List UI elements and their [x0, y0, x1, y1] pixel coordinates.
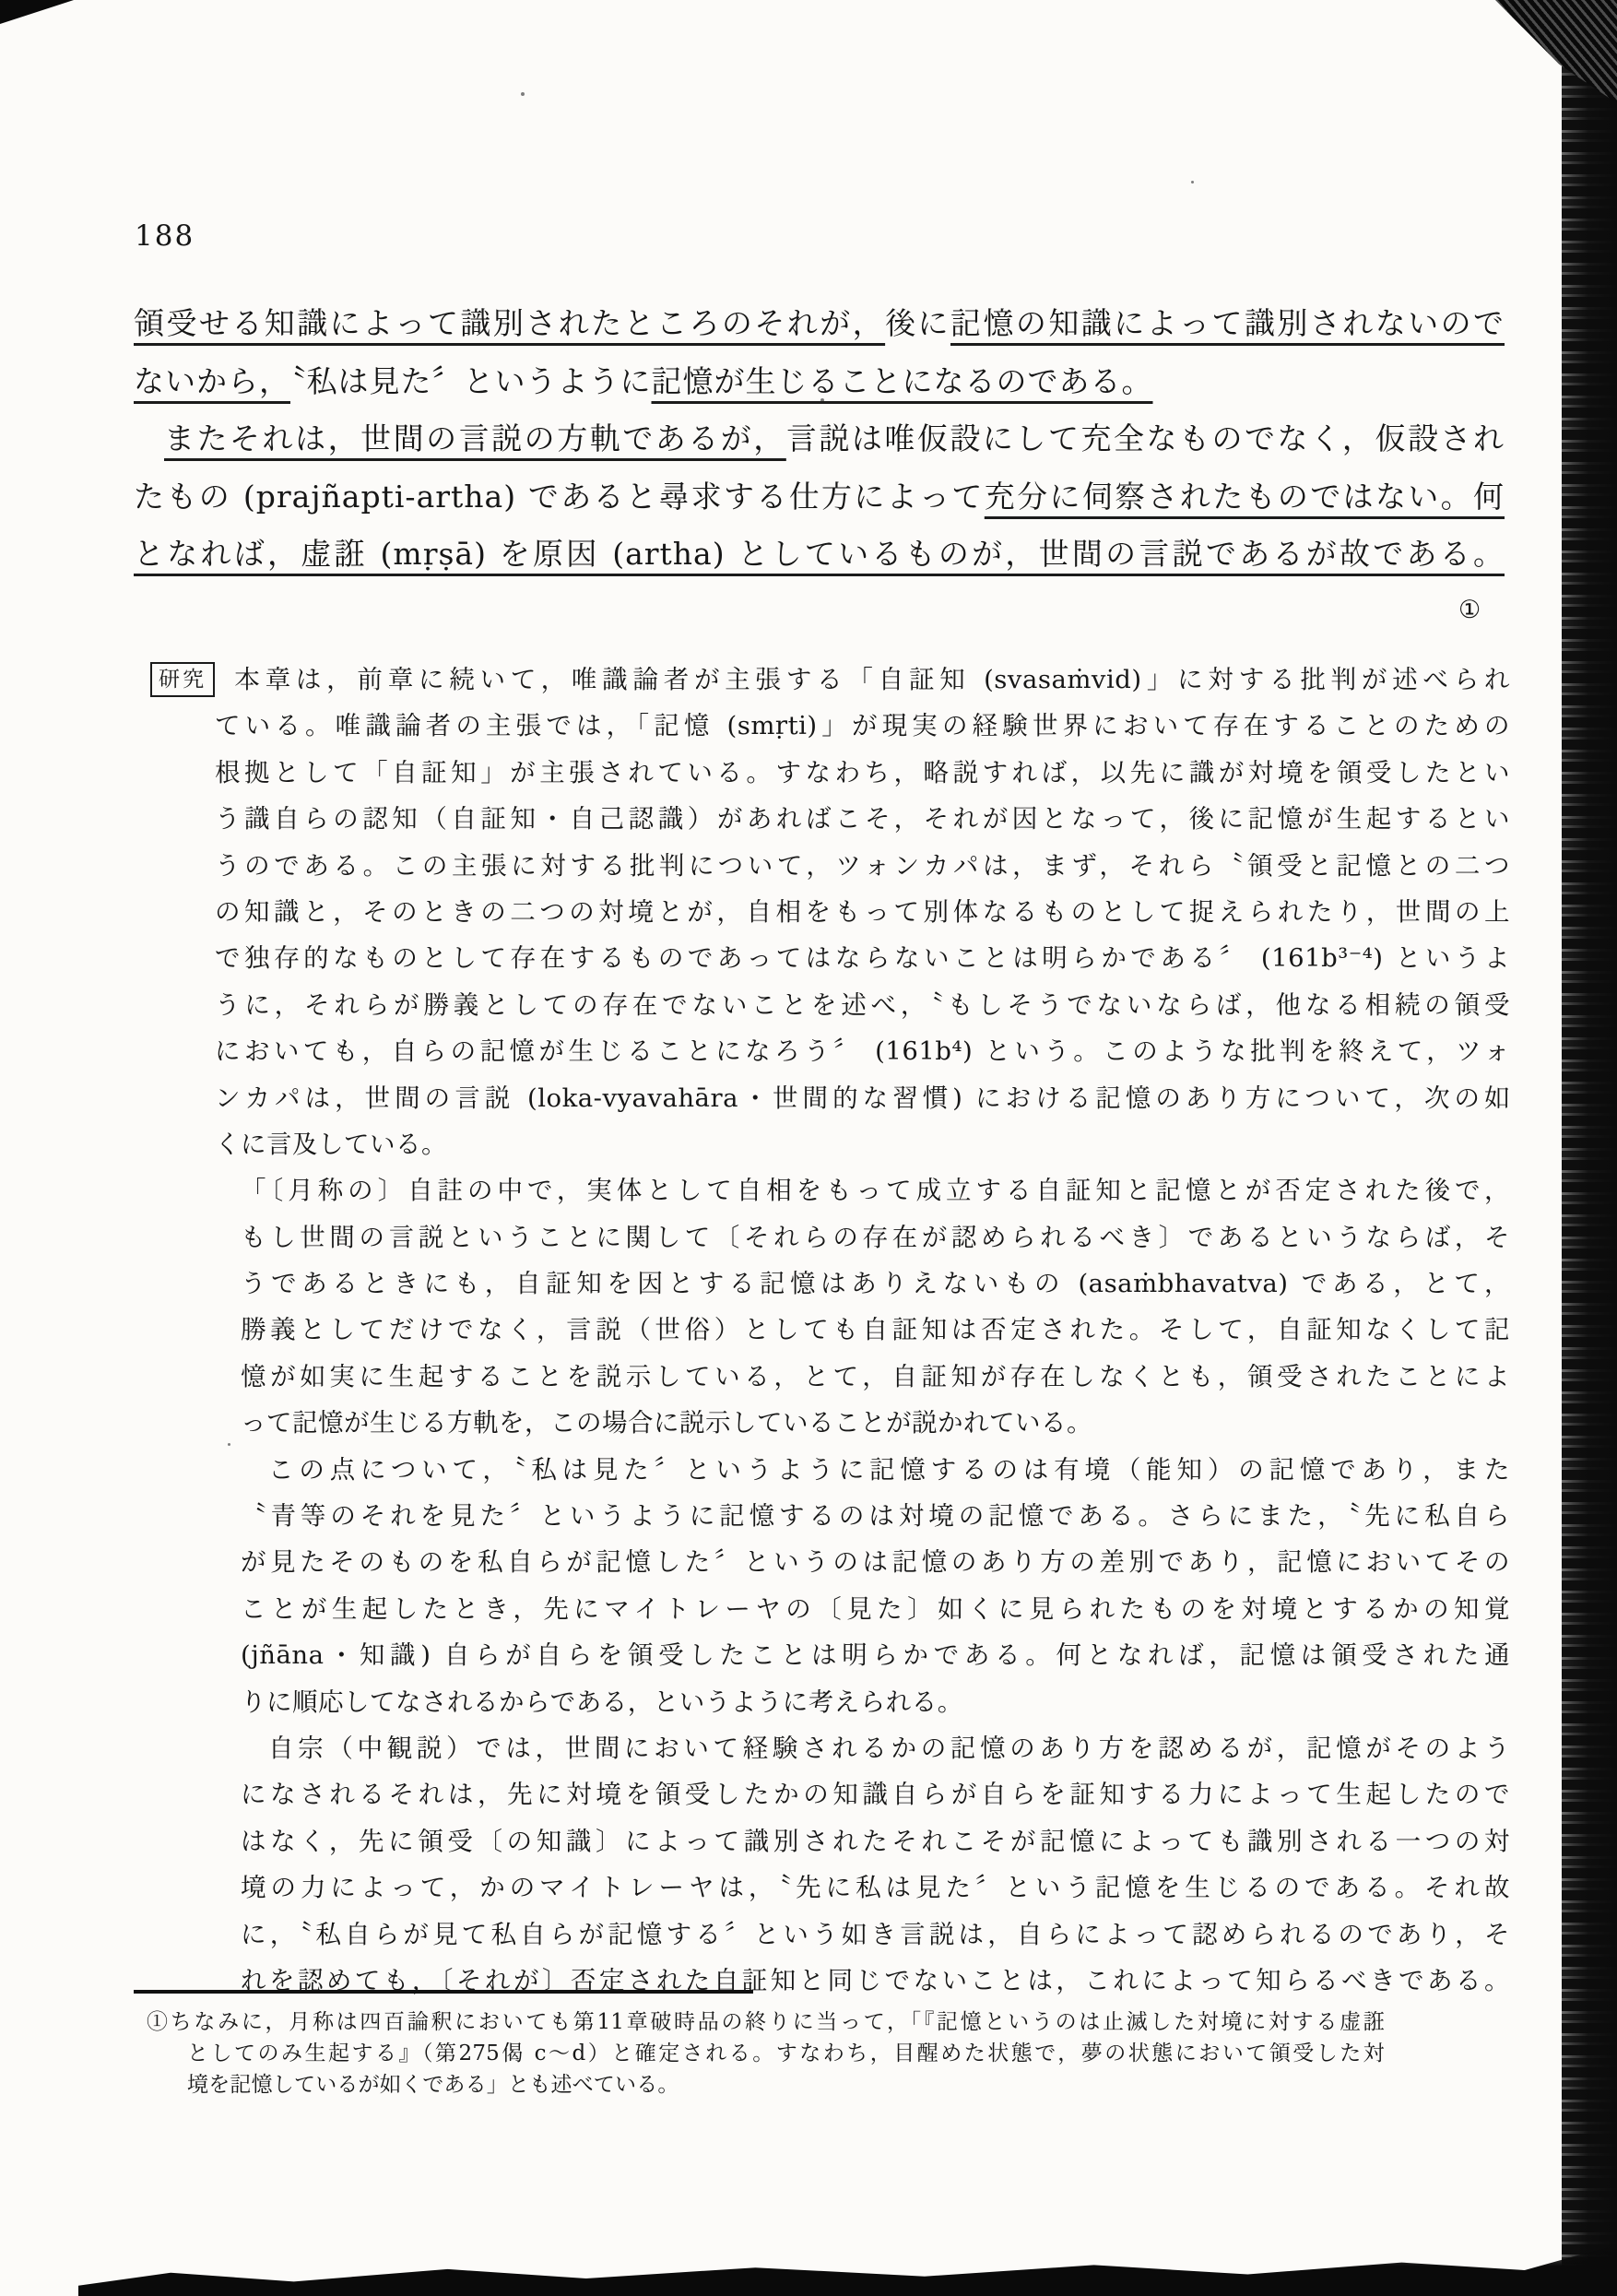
kenkyu-text-line: 根拠として「自証知」が主張されている。すなわち，略説すれば，以先に識が対境を領受…: [134, 750, 1510, 796]
footnote-separator-rule: [134, 1990, 753, 1994]
intro-text-line: たもの (prajñapti-artha) であると尋求する仕方によって充分に伺…: [134, 468, 1505, 527]
scan-artifact-top-right-wedge: [1479, 0, 1617, 103]
kenkyu-text-line: 自宗（中観説）では，世間において経験されるかの記憶のあり方を認めるが，記憶がその…: [134, 1725, 1510, 1771]
scanned-page: 188 領受せる知識によって識別されたところのそれが，後に記憶の知識によって識別…: [0, 0, 1617, 2296]
kenkyu-text-line: れを認めても，〔それが〕否定された自証知と同じでないことは，これによって知らるべ…: [134, 1958, 1510, 2004]
kenkyu-text-line: うのである。この主張に対する批判について，ツォンカパは，まず，それら〝領受と記憶…: [134, 843, 1510, 889]
underlined-text-segment: またそれは，世間の言説の方軌であるが，: [164, 420, 786, 456]
kenkyu-text-line: う識自らの認知（自証知・自己認識）があればこそ，それが因となって，後に記憶が生起…: [134, 796, 1510, 842]
footnote-text-line: 境を記憶しているが如くである」とも述べている。: [134, 2069, 1385, 2101]
kenkyu-text-line: この点について，〝私は見た〞というように記憶するのは有境（能知）の記憶であり，ま…: [134, 1447, 1510, 1493]
kenkyu-text-line: ことが生起したとき，先にマイトレーヤの〔見た〕如くに見られたものを対境とするかの…: [134, 1586, 1510, 1632]
intro-text-line: となれば，虚誑 (mṛṣā) を原因 (artha) としているものが，世間の言…: [134, 526, 1505, 584]
kenkyu-text-line: ている。唯識論者の主張では，「記憶 (smṛti)」が現実の経験世界において存在…: [134, 703, 1510, 749]
kenkyu-text-line: で独存的なものとして存在するものであってはならないことは明らかである〞 (161…: [134, 935, 1510, 981]
kenkyu-text-line: (jñāna・知識) 自らが自らを領受したことは明らかである。何となれば，記憶は…: [134, 1632, 1510, 1678]
kenkyu-text-line: 〝青等のそれを見た〞というように記憶するのは対境の記憶である。さらにまた，〝先に…: [134, 1493, 1510, 1539]
scan-artifact-top-left-corner: [0, 0, 74, 24]
footnote-reference-mark: ①: [1458, 596, 1481, 624]
underlined-text-segment: ないから，: [134, 363, 290, 399]
text-segment: 〝私は見た〞というように: [290, 363, 652, 399]
kenkyu-text-line: くに言及している。: [134, 1121, 1510, 1167]
kenkyu-text-line: 「〔月称の〕自註の中で，実体として自相をもって成立する自証知と記憶とが否定された…: [134, 1167, 1510, 1213]
underlined-text-segment: となれば，虚誑 (mṛṣā) を原因 (artha) としているものが，世間の言…: [134, 536, 1505, 572]
scan-artifact-bottom-edge: [78, 2244, 1617, 2296]
kenkyu-text-line: 境の力によって，かのマイトレーヤは，〝先に私は見た〞という記憶を生じるのである。…: [134, 1864, 1510, 1911]
underlined-text-segment: 充分に伺察されたものではない。何: [985, 479, 1505, 515]
underlined-text-segment: 記憶の知識によって識別されないので: [950, 305, 1505, 341]
text-segment: たもの (prajñapti-artha) であると尋求する仕方によって: [134, 479, 985, 515]
intro-text-line: 領受せる知識によって識別されたところのそれが，後に記憶の知識によって識別されない…: [134, 295, 1505, 353]
underlined-text-segment: 記憶が生じることになるのである。: [652, 363, 1153, 399]
text-segment: 後に: [885, 305, 950, 341]
kenkyu-text-line: においても，自らの記憶が生じることになろう〞 (161b⁴) という。このような…: [134, 1028, 1510, 1074]
translation-passage: 領受せる知識によって識別されたところのそれが，後に記憶の知識によって識別されない…: [134, 295, 1505, 584]
kenkyu-text-line: 勝義としてだけでなく，言説（世俗）としても自証知は否定された。そして，自証知なく…: [134, 1307, 1510, 1353]
kenkyu-text-line: うであるときにも，自証知を因とする記憶はありえないもの (asaṁbhavatv…: [134, 1260, 1510, 1307]
page-number: 188: [135, 219, 195, 253]
kenkyu-text-line: ンカパは，世間の言説 (loka-vyavahāra・世間的な習慣) における記…: [134, 1075, 1510, 1121]
text-segment: 言説は唯仮設にして充全なものでなく，仮設され: [786, 420, 1505, 456]
underlined-text-segment: 領受せる知識によって識別されたところのそれが，: [134, 305, 885, 341]
kenkyu-text-line: になされるそれは，先に対境を領受したかの知識自らが自らを証知する力によって生起し…: [134, 1771, 1510, 1817]
scan-speckle: [521, 92, 525, 96]
footnote-text-line: ①ちなみに，月称は四百論釈においても第11章破時品の終りに当って，「『記憶という…: [134, 2006, 1385, 2038]
kenkyu-commentary-section: 研究本章は，前章に続いて，唯識論者が主張する「自証知 (svasaṁvid)」に…: [134, 657, 1510, 2004]
kenkyu-text-line: の知識と，そのときの二つの対境とが，自相をもって別体なるものとして捉えられたり，…: [134, 889, 1510, 935]
footnote-section: ①ちなみに，月称は四百論釈においても第11章破時品の終りに当って，「『記憶という…: [134, 2006, 1385, 2101]
scan-speckle: [1191, 181, 1194, 183]
scan-artifact-right-edge: [1562, 0, 1617, 2296]
kenkyu-text-line: りに順応してなされるからである，というように考えられる。: [134, 1679, 1510, 1725]
intro-text-line: またそれは，世間の言説の方軌であるが，言説は唯仮設にして充全なものでなく，仮設さ…: [134, 410, 1505, 468]
intro-text-line: ないから，〝私は見た〞というように記憶が生じることになるのである。: [134, 353, 1505, 411]
kenkyu-text-line: って記憶が生じる方軌を，この場合に説示していることが説かれている。: [134, 1400, 1510, 1446]
kenkyu-text-line: はなく，先に領受〔の知識〕によって識別されたそれこそが記憶によっても識別される一…: [134, 1818, 1510, 1864]
kenkyu-text-line: 憶が如実に生起することを説示している，とて，自証知が存在しなくとも，領受されたこ…: [134, 1354, 1510, 1400]
kenkyu-text-line: が見たそのものを私自らが記憶した〞というのは記憶のあり方の差別であり，記憶におい…: [134, 1539, 1510, 1585]
kenkyu-text-line: に，〝私自らが見て私自らが記憶する〞という如き言説は，自らによって認められるので…: [134, 1911, 1510, 1958]
kenkyu-text-line: もし世間の言説ということに関して〔それらの存在が認められるべき〕であるというなら…: [134, 1214, 1510, 1260]
footnote-text-line: としてのみ生起する』（第275偈 c〜d）と確定される。すなわち，目醒めた状態で…: [134, 2038, 1385, 2069]
text-segment: 本章は，前章に続いて，唯識論者が主張する「自証知 (svasaṁvid)」に対す…: [230, 665, 1510, 694]
kenkyu-text-line: うに，それらが勝義としての存在でないことを述べ，〝もしそうでないならば，他なる相…: [134, 982, 1510, 1028]
kenkyu-section-label: 研究: [150, 662, 215, 697]
kenkyu-text-line: 研究本章は，前章に続いて，唯識論者が主張する「自証知 (svasaṁvid)」に…: [134, 657, 1510, 703]
